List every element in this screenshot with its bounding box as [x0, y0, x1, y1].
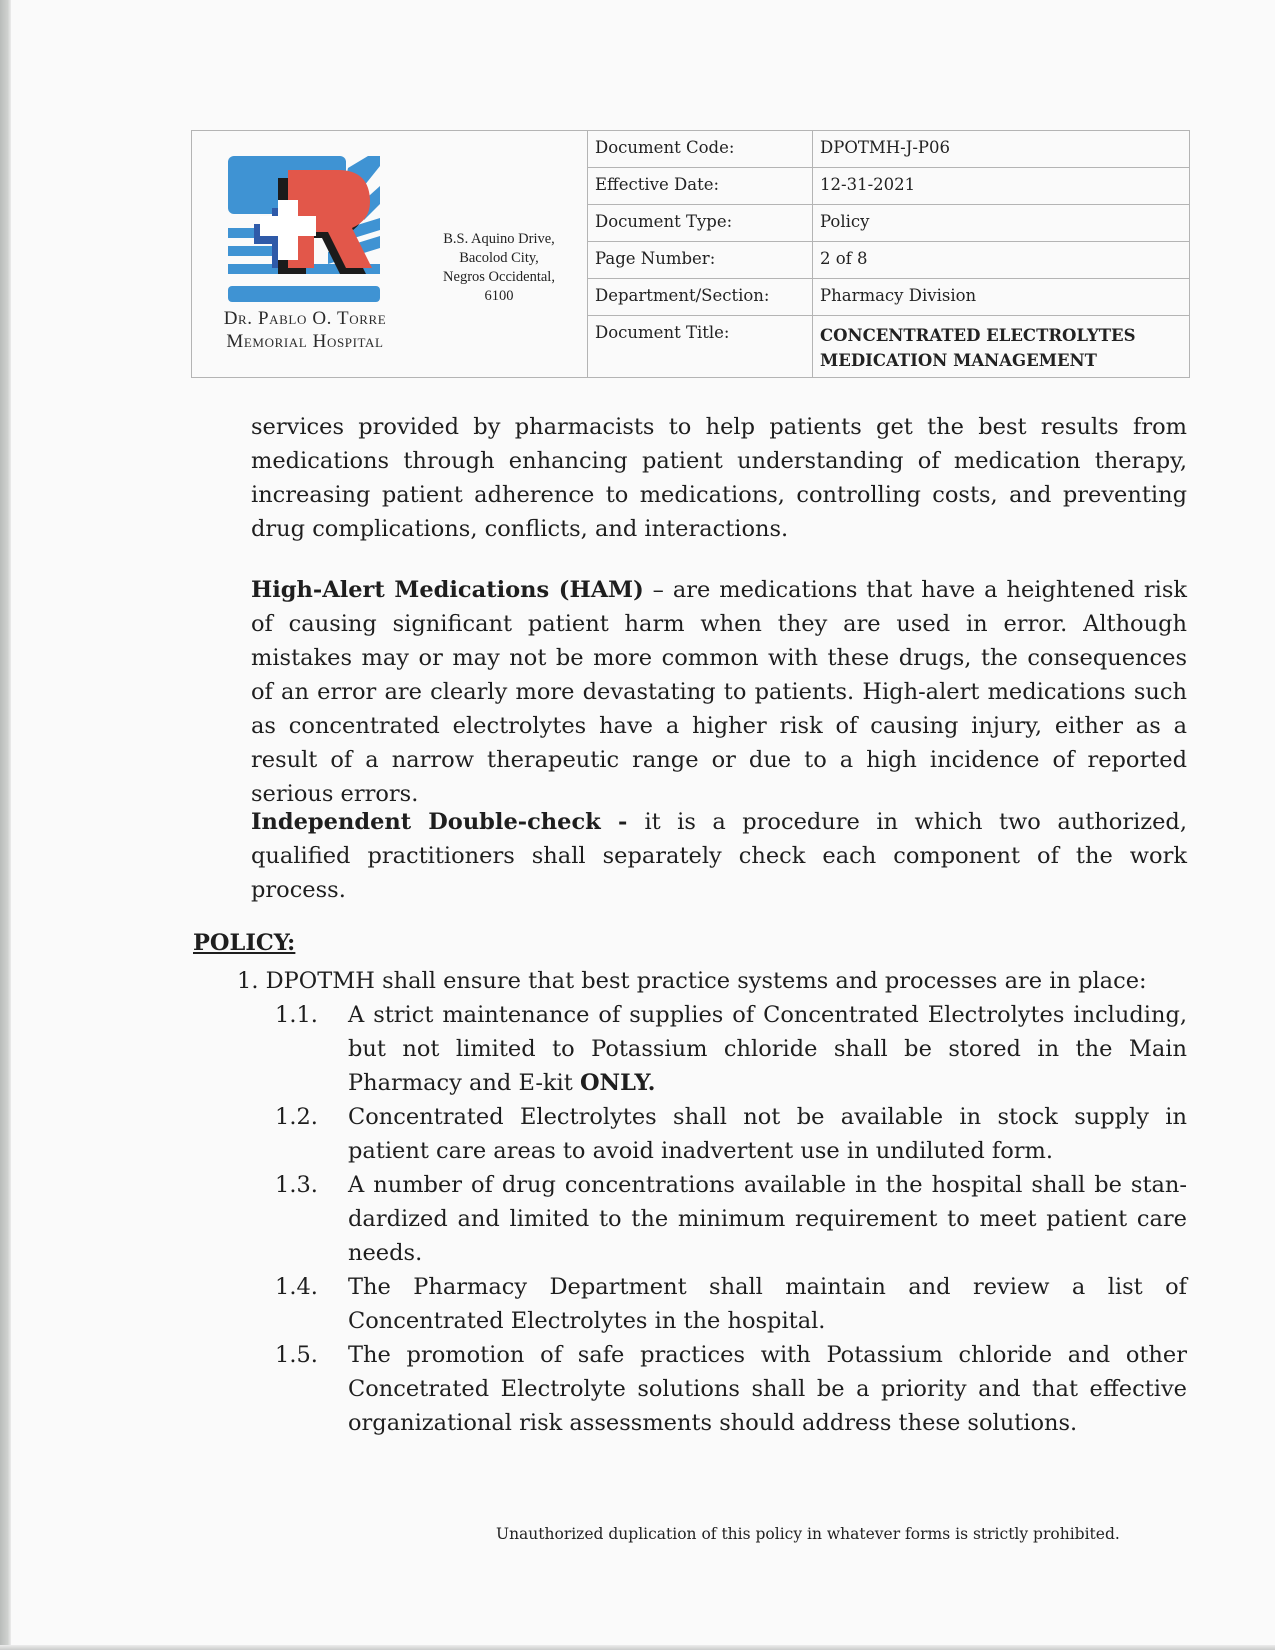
sub-item-number: 1.4. [275, 1270, 348, 1338]
definition-term: Independent Double-check [251, 809, 601, 835]
meta-label: Effective Date: [588, 168, 813, 204]
sub-item-text: Concentrated Electrolytes shall not be a… [348, 1100, 1187, 1168]
definition-term: High-Alert Medications (HAM) [251, 577, 644, 603]
meta-label: Department/Section: [588, 279, 813, 315]
hospital-name-line-1: Dr. Pablo O. Torre [200, 307, 410, 330]
hospital-identity-cell: Dr. Pablo O. Torre Memorial Hospital B.S… [192, 131, 588, 377]
document-title-line: CONCENTRATED ELECTROLYTES [820, 323, 1189, 348]
policy-sub-item-1-2: 1.2. Concentrated Electrolytes shall not… [275, 1100, 1187, 1168]
meta-row-page-number: Page Number: 2 of 8 [588, 242, 1189, 279]
document-header-table: Dr. Pablo O. Torre Memorial Hospital B.S… [191, 130, 1190, 378]
meta-row-document-title: Document Title: CONCENTRATED ELECTROLYTE… [588, 316, 1189, 378]
sub-item-text: The Pharmacy Department shall maintain a… [348, 1270, 1187, 1338]
policy-heading: POLICY: [193, 930, 295, 956]
meta-row-document-type: Document Type: Policy [588, 205, 1189, 242]
hospital-cross-r-logo-icon [228, 156, 380, 306]
address-line: Bacolod City, [414, 249, 584, 268]
sub-item-number: 1.3. [275, 1168, 348, 1270]
address-line: B.S. Aquino Drive, [414, 230, 584, 249]
continuation-paragraph: services provided by pharmacists to help… [251, 410, 1187, 546]
meta-row-document-code: Document Code: DPOTMH-J-P06 [588, 131, 1189, 168]
footer-duplication-notice: Unauthorized duplication of this policy … [496, 1525, 1120, 1543]
meta-label: Document Type: [588, 205, 813, 241]
sub-item-text: A strict maintenance of supplies of Conc… [348, 998, 1187, 1100]
meta-value: 12-31-2021 [813, 168, 1189, 204]
address-line: Negros Occidental, [414, 268, 584, 287]
sub-item-text: The promotion of safe practices with Pot… [348, 1338, 1187, 1440]
meta-label: Document Title: [588, 316, 813, 378]
document-title: CONCENTRATED ELECTROLYTES MEDICATION MAN… [813, 316, 1189, 378]
policy-sub-item-1-1: 1.1. A strict maintenance of supplies of… [275, 998, 1187, 1100]
meta-label: Page Number: [588, 242, 813, 278]
sub-item-number: 1.1. [275, 998, 348, 1100]
policy-sub-item-1-4: 1.4. The Pharmacy Department shall maint… [275, 1270, 1187, 1338]
hospital-name: Dr. Pablo O. Torre Memorial Hospital [200, 307, 410, 353]
policy-sub-item-1-5: 1.5. The promotion of safe practices wit… [275, 1338, 1187, 1440]
meta-value: Policy [813, 205, 1189, 241]
scan-edge-bottom [0, 1645, 1275, 1650]
policy-item-1: 1. DPOTMH shall ensure that best practic… [237, 964, 1147, 998]
hospital-name-line-2: Memorial Hospital [200, 330, 410, 353]
definition-separator: – [644, 577, 673, 603]
scan-edge-left [0, 0, 11, 1650]
definition-independent-double-check: Independent Double-check - it is a proce… [251, 805, 1187, 907]
meta-label: Document Code: [588, 131, 813, 167]
sub-item-body: A strict maintenance of supplies of Conc… [348, 1002, 1187, 1096]
hospital-address: B.S. Aquino Drive, Bacolod City, Negros … [414, 230, 584, 306]
policy-item-text: DPOTMH shall ensure that best practice s… [266, 968, 1147, 994]
sub-item-number: 1.2. [275, 1100, 348, 1168]
sub-item-text: A number of drug concentrations availabl… [348, 1168, 1187, 1270]
meta-row-effective-date: Effective Date: 12-31-2021 [588, 168, 1189, 205]
document-title-line: MEDICATION MANAGEMENT [820, 348, 1189, 373]
meta-value: 2 of 8 [813, 242, 1189, 278]
definition-text: are medications that have a heightened r… [251, 577, 1187, 807]
definition-high-alert-medications: High-Alert Medications (HAM) – are medic… [251, 573, 1187, 811]
address-line: 6100 [414, 287, 584, 306]
meta-value: Pharmacy Division [813, 279, 1189, 315]
policy-sub-list: 1.1. A strict maintenance of supplies of… [275, 998, 1187, 1440]
policy-sub-item-1-3: 1.3. A number of drug concentrations ava… [275, 1168, 1187, 1270]
sub-item-number: 1.5. [275, 1338, 348, 1440]
meta-value: DPOTMH-J-P06 [813, 131, 1189, 167]
definition-separator: - [601, 809, 645, 835]
meta-row-department: Department/Section: Pharmacy Division [588, 279, 1189, 316]
document-meta-grid: Document Code: DPOTMH-J-P06 Effective Da… [588, 131, 1189, 378]
sub-item-emphasis: ONLY. [580, 1070, 656, 1096]
policy-item-number: 1. [237, 968, 258, 994]
